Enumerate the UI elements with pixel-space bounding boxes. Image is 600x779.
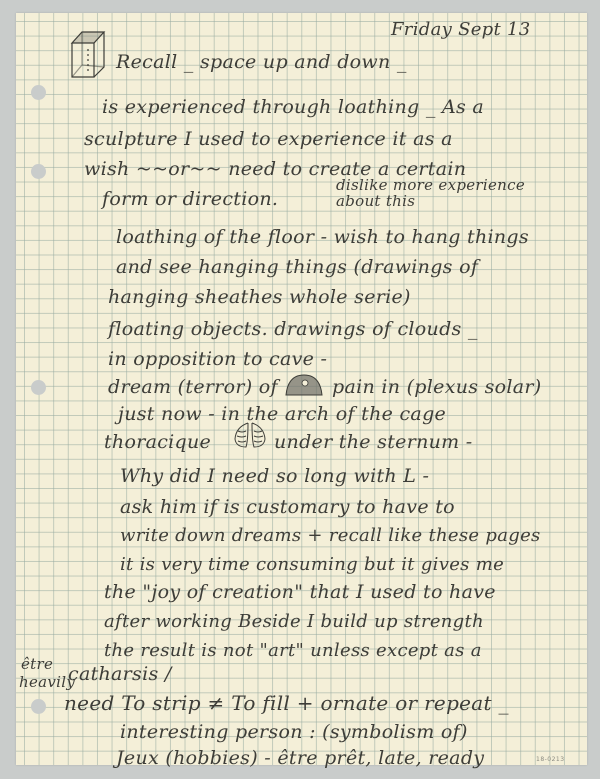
text-line-14: thoracique (104, 431, 211, 453)
text-line-9: floating objects. drawings of clouds _ (108, 318, 478, 340)
date-heading: Friday Sept 13 (391, 19, 531, 40)
text-line-17: ask him if is customary to have to (120, 496, 455, 518)
text-insertion-note: dislike more experience about this (336, 177, 566, 209)
text-line-11: dream (terror) of (108, 376, 278, 398)
text-line-10: in opposition to cave - (108, 348, 327, 370)
text-line-16: Why did I need so long with L - (120, 465, 429, 487)
punch-hole (31, 85, 46, 100)
text-line-2: is experienced through loathing _ As a (102, 96, 484, 118)
text-line-12: pain in (plexus solar) (332, 376, 542, 398)
margin-note-etre: être (21, 655, 53, 673)
text-line-6: loathing of the floor - wish to hang thi… (116, 226, 529, 248)
text-line-13: just now - in the arch of the cage (118, 403, 446, 425)
text-line-5: form or direction. (102, 188, 278, 210)
text-line-8: hanging sheathes whole serie) (108, 286, 411, 308)
text-line-23: catharsis / (68, 663, 172, 685)
notebook-page: Friday Sept 13 Recall _ space up and dow… (16, 13, 587, 765)
text-line-24: need To strip ≠ To fill + ornate or repe… (64, 691, 509, 715)
rib-cage-sketch-icon (232, 421, 268, 449)
punch-hole (31, 380, 46, 395)
text-line-22: the result is not "art" unless except as… (104, 640, 482, 661)
text-line-26: Jeux (hobbies) - être prêt, late, ready (116, 747, 484, 769)
text-line-25: interesting person : (symbolism of) (120, 721, 468, 743)
text-line-21: after working Beside I build up strength (104, 611, 484, 632)
text-line-15: under the sternum - (274, 431, 473, 453)
text-line-3: sculpture I used to experience it as a (84, 128, 453, 150)
margin-note-heavily: heavily (19, 673, 75, 691)
text-line-19: it is very time consuming but it gives m… (120, 554, 504, 575)
text-line-18: write down dreams + recall like these pa… (120, 525, 541, 546)
reference-number: 18-0213 (536, 756, 565, 763)
dome-sketch-icon (284, 373, 324, 397)
text-line-1: Recall _ space up and down _ (116, 51, 407, 73)
punch-hole (31, 164, 46, 179)
text-line-20: the "joy of creation" that I used to hav… (104, 581, 496, 603)
text-line-7: and see hanging things (drawings of (116, 256, 478, 278)
cube-sketch-icon (68, 29, 112, 81)
punch-hole (31, 699, 46, 714)
